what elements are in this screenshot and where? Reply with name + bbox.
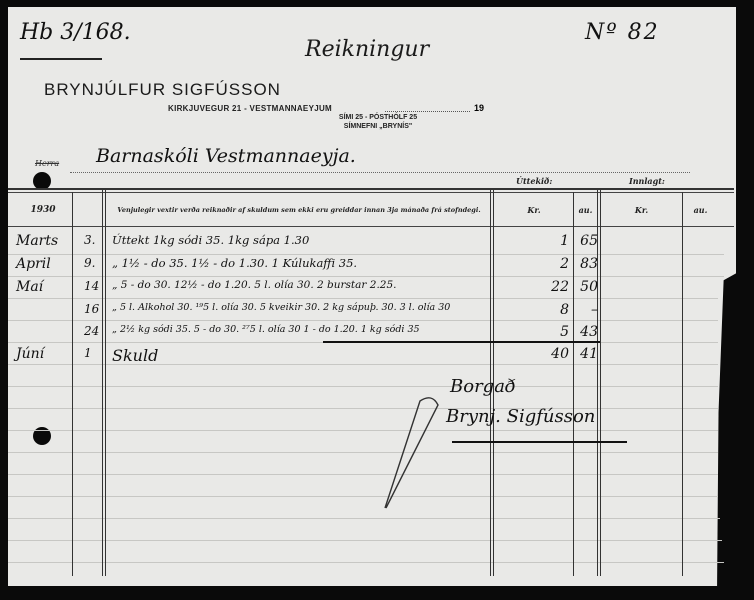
row-kr: 5 bbox=[495, 324, 569, 340]
recipient-dotted-line bbox=[70, 172, 690, 173]
ruled-line bbox=[8, 452, 718, 453]
table-top-rule-inner bbox=[8, 192, 734, 193]
interest-notice: Venjulegir vextir verða reiknaðir af sku… bbox=[110, 206, 488, 214]
table-row: Marts 3. Úttekt 1kg sódi 35. 1kg sápa 1.… bbox=[0, 233, 754, 255]
row-description: Úttekt 1kg sódi 35. 1kg sápa 1.30 bbox=[112, 233, 309, 247]
row-description: „ 2½ kg sódi 35. 5 - do 30. ²⁷5 l. olía … bbox=[112, 324, 420, 335]
ruled-line bbox=[8, 496, 718, 497]
table-row: 24 „ 2½ kg sódi 35. 5 - do 30. ²⁷5 l. ol… bbox=[0, 324, 754, 346]
credit-group-header: Innlagt: bbox=[629, 176, 665, 186]
ruled-line bbox=[8, 540, 722, 541]
signature-underline bbox=[452, 441, 627, 443]
row-kr: 8 bbox=[495, 302, 569, 318]
date-dotted-line bbox=[385, 111, 470, 112]
row-day: 9. bbox=[84, 256, 95, 270]
debit-kr-header: Kr. bbox=[495, 205, 573, 215]
row-au: – bbox=[576, 302, 598, 318]
row-au: 83 bbox=[576, 256, 598, 272]
row-kr: 40 bbox=[495, 346, 569, 362]
row-day: 3. bbox=[84, 233, 95, 247]
row-month: Maí bbox=[16, 279, 43, 295]
table-row-total: Júní 1 Skuld 40 41 bbox=[0, 346, 754, 368]
table-row: Maí 14 „ 5 - do 30. 12½ - do 1.20. 5 l. … bbox=[0, 279, 754, 301]
number-prefix: Nº bbox=[585, 20, 619, 45]
ruled-line bbox=[8, 386, 718, 387]
credit-kr-header: Kr. bbox=[601, 205, 682, 215]
debit-au-header: au. bbox=[574, 205, 597, 215]
row-description: „ 5 l. Alkohol 30. ¹⁹5 l. olía 30. 5 kve… bbox=[112, 302, 450, 313]
row-day: 1 bbox=[84, 346, 92, 360]
row-day: 24 bbox=[84, 324, 99, 338]
contact-telegram: SÍMNEFNI „BRYNÍS" bbox=[318, 123, 438, 130]
number-value: 82 bbox=[628, 20, 660, 45]
ruled-line bbox=[8, 562, 724, 563]
row-month: April bbox=[16, 256, 51, 272]
row-day: 14 bbox=[84, 279, 99, 293]
total-underline bbox=[323, 341, 600, 343]
table-top-rule bbox=[8, 188, 734, 190]
ruled-line bbox=[8, 430, 718, 431]
document-title: Reikningur bbox=[305, 37, 429, 62]
invoice-number: Nº 82 bbox=[585, 20, 660, 45]
row-au: 65 bbox=[576, 233, 598, 249]
pen-flourish bbox=[380, 393, 450, 513]
table-row: 16 „ 5 l. Alkohol 30. ¹⁹5 l. olía 30. 5 … bbox=[0, 302, 754, 324]
year-header: 1930 bbox=[18, 205, 68, 215]
row-au: 43 bbox=[576, 324, 598, 340]
row-au: 50 bbox=[576, 279, 598, 295]
archive-underline bbox=[20, 58, 102, 60]
row-au: 41 bbox=[576, 346, 598, 362]
signature: Brynj. Sigfússon bbox=[446, 406, 595, 427]
row-month: Júní bbox=[16, 346, 44, 362]
ruled-line bbox=[8, 474, 718, 475]
recipient-label: Herra bbox=[35, 159, 59, 168]
company-address: KIRKJUVEGUR 21 - VESTMANNAEYJUM bbox=[168, 104, 332, 113]
row-kr: 1 bbox=[495, 233, 569, 249]
date-year-prefix: 19 bbox=[474, 103, 484, 113]
row-description: „ 1½ - do 35. 1½ - do 1.30. 1 Kúlukaffi … bbox=[112, 256, 357, 270]
row-kr: 2 bbox=[495, 256, 569, 272]
credit-au-header: au. bbox=[683, 205, 718, 215]
table-row: April 9. „ 1½ - do 35. 1½ - do 1.30. 1 K… bbox=[0, 256, 754, 278]
row-description: Skuld bbox=[112, 346, 158, 365]
ruled-line bbox=[8, 408, 718, 409]
contact-phone: SÍMI 25 - PÓSTHÓLF 25 bbox=[318, 114, 438, 121]
recipient-name: Barnaskóli Vestmannaeyja. bbox=[96, 145, 356, 167]
row-description: „ 5 - do 30. 12½ - do 1.20. 5 l. olía 30… bbox=[112, 279, 396, 291]
row-day: 16 bbox=[84, 302, 99, 316]
company-name: BRYNJÚLFUR SIGFÚSSON bbox=[44, 80, 281, 100]
ruled-line bbox=[8, 518, 720, 519]
header-bottom-rule bbox=[8, 226, 734, 227]
archive-reference: Hb 3/168. bbox=[20, 20, 131, 45]
row-kr: 22 bbox=[495, 279, 569, 295]
paid-stamp: Borgað bbox=[450, 376, 516, 397]
debit-group-header: Úttekið: bbox=[516, 176, 552, 186]
row-month: Marts bbox=[16, 233, 58, 249]
